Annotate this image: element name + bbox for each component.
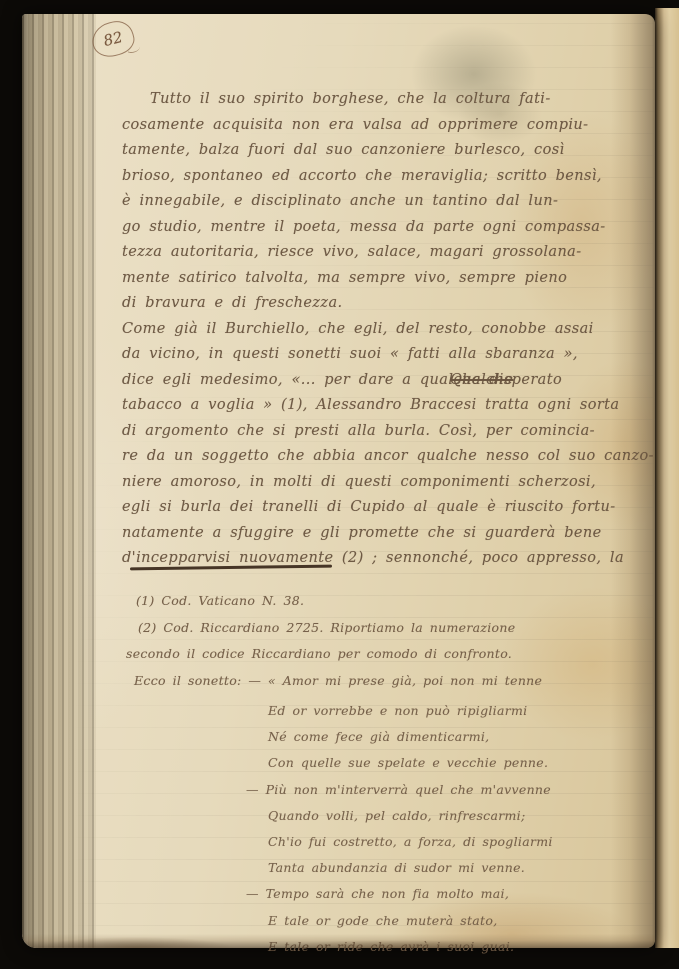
- manuscript-line: Come già il Burchiello, che egli, del re…: [122, 317, 634, 343]
- manuscript-page: 82 Tutto il suo spirito borghese, che la…: [22, 14, 655, 948]
- manuscript-line: di argomento che si presti alla burla. C…: [122, 419, 634, 445]
- page-number: 82: [89, 17, 138, 60]
- handwritten-text-block: Tutto il suo spirito borghese, che la co…: [122, 87, 634, 572]
- manuscript-line: mente satirico talvolta, ma sempre vivo,…: [122, 266, 634, 292]
- manuscript-line: è innegabile, e disciplinato anche un ta…: [122, 189, 634, 215]
- manuscript-line: re da un soggetto che abbia ancor qualch…: [122, 444, 634, 470]
- manuscript-line: brioso, spontaneo ed accorto che meravig…: [122, 164, 634, 190]
- sonnet-line: E tale or ride che avrà i suoi guai.: [268, 934, 598, 960]
- manuscript-line: tamente, balza fuori dal suo canzoniere …: [122, 138, 634, 164]
- footnote-2-line-1: (2) Cod. Riccardiano 2725. Riportiamo la…: [138, 619, 515, 637]
- manuscript-line: niere amoroso, in molti di questi compon…: [122, 470, 634, 496]
- footnote-1: (1) Cod. Vaticano N. 38.: [136, 592, 304, 610]
- sonnet-line: Ed or vorrebbe e non può ripigliarmi: [268, 698, 598, 724]
- binding-torn-edge: [22, 14, 96, 948]
- sonnet-intro: Ecco il sonetto: — « Amor mi prese già, …: [134, 672, 542, 690]
- manuscript-line: di bravura e di freschezza.: [122, 291, 634, 317]
- manuscript-line: tabacco a voglia » (1), Alessandro Bracc…: [122, 393, 634, 419]
- manuscript-line: egli si burla dei tranelli di Cupido al …: [122, 495, 634, 521]
- manuscript-line: da vicino, in questi sonetti suoi « fatt…: [122, 342, 634, 368]
- manuscript-line: cosamente acquisita non era valsa ad opp…: [122, 113, 634, 139]
- manuscript-line: dice egli medesimo, «... per dare a qual…: [122, 368, 634, 394]
- paragraph-1: Tutto il suo spirito borghese, che la co…: [122, 87, 634, 317]
- sonnet-line: E tale or gode che muterà stato,: [268, 908, 598, 934]
- manuscript-line: Tutto il suo spirito borghese, che la co…: [122, 87, 634, 113]
- page-number-value: 82: [102, 28, 125, 50]
- paragraph-2: Qualche Come già il Burchiello, che egli…: [122, 317, 634, 572]
- sonnet-line: Quando volli, pel caldo, rinfrescarmi;: [268, 803, 598, 829]
- struck-out-word: Qualche: [450, 368, 513, 394]
- manuscript-line: natamente a sfuggire e gli promette che …: [122, 521, 634, 547]
- manuscript-line: go studio, mentre il poeta, messa da par…: [122, 215, 634, 241]
- scanned-book-photo: 82 Tutto il suo spirito borghese, che la…: [0, 0, 679, 969]
- manuscript-line: tezza autoritaria, riesce vivo, salace, …: [122, 240, 634, 266]
- sonnet-line: Ch'io fui costretto, a forza, di spoglia…: [268, 829, 598, 855]
- quoted-sonnet: Ed or vorrebbe e non può ripigliarmiNé c…: [268, 698, 598, 960]
- sonnet-line: — Più non m'interverrà quel che m'avvenn…: [246, 777, 598, 803]
- sonnet-line: Con quelle sue spelate e vecchie penne.: [268, 750, 598, 776]
- footnote-2-line-2: secondo il codice Riccardiano per comodo…: [126, 645, 512, 663]
- sonnet-line: — Tempo sarà che non fia molto mai,: [246, 881, 598, 907]
- sonnet-line: Tanta abundanzia di sudor mi venne.: [268, 855, 598, 881]
- sonnet-line: Né come fece già dimenticarmi,: [268, 724, 598, 750]
- next-page-edge: [655, 8, 679, 948]
